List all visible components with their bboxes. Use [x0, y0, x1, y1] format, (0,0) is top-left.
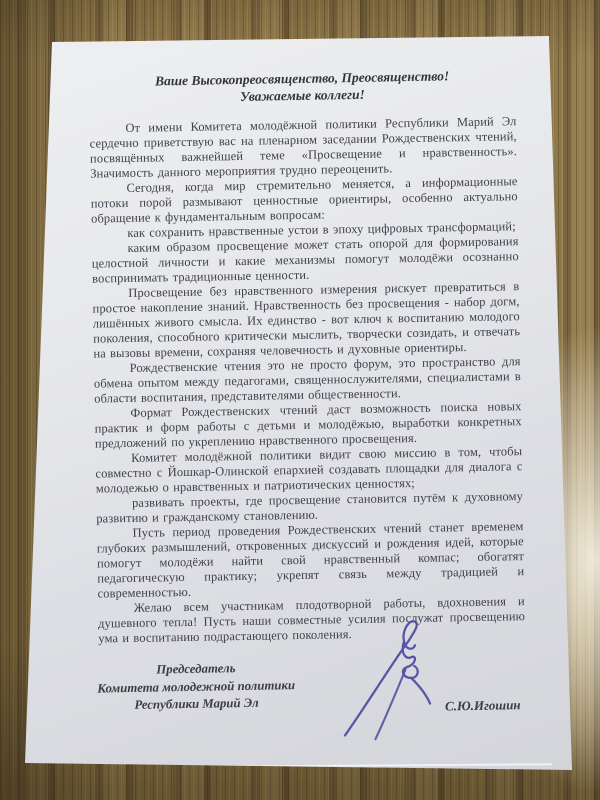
letter-paragraph: Комитет молодёжной политики видит свою м…: [95, 444, 523, 496]
signer-position-line: Республики Марий Эл: [91, 694, 301, 715]
letter-paragraph: Формат Рождественских чтений даст возмож…: [94, 399, 522, 451]
letter-paragraph: Рождественские чтения это не просто фору…: [94, 354, 522, 406]
letter-paragraph: Пусть период проведения Рождественских ч…: [96, 519, 524, 601]
letter-salutation: Ваше Высокопреосвященство, Преосвященств…: [89, 66, 517, 107]
desk-photo-background: Ваше Высокопреосвященство, Преосвященств…: [0, 0, 600, 800]
letter-paragraph: От имени Комитета молодёжной политики Ре…: [89, 114, 517, 181]
signer-position: Председатель Комитета молодежной политик…: [91, 659, 302, 715]
letter-paragraph: каким образом просвещение может стать оп…: [91, 234, 519, 286]
signer-position-line: Комитета молодежной политики: [91, 677, 301, 698]
letter-content: Ваше Высокопреосвященство, Преосвященств…: [20, 31, 580, 774]
letter-body: От имени Комитета молодёжной политики Ре…: [89, 114, 525, 646]
letter-paragraph: Сегодня, когда мир стремительно меняется…: [90, 174, 518, 226]
letter-paragraph: Желаю всем участникам плодотворной работ…: [98, 594, 526, 646]
signer-name: С.Ю.Игошин: [445, 697, 521, 728]
letter-paragraph: Просвещение без нравственного измерения …: [92, 279, 520, 361]
letter-document: Ваше Высокопреосвященство, Преосвященств…: [25, 36, 572, 770]
signature-stroke-tail: [374, 669, 407, 739]
signature-block: Председатель Комитета молодежной политик…: [99, 655, 527, 734]
